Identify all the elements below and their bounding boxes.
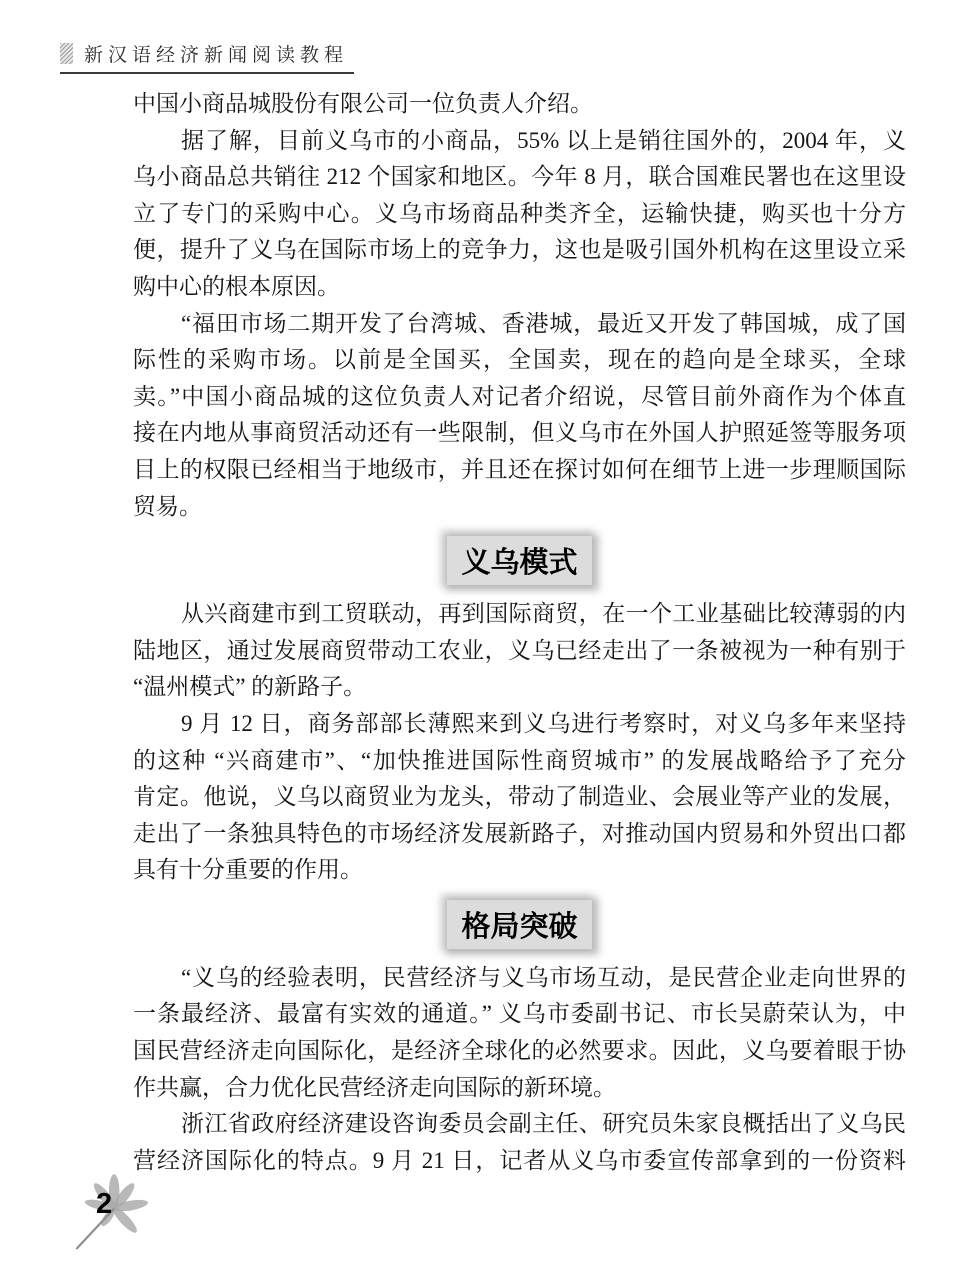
page-footer: 2 bbox=[62, 1168, 154, 1256]
text-line: 的这种 “兴商建市”、“加快推进国际性商贸城市” 的发展战略给予了充分 bbox=[133, 743, 906, 780]
text-line: 购中心的根本原因。 bbox=[133, 269, 906, 306]
book-page: 新汉语经济新闻阅读教程 中国小商品城股份有限公司一位负责人介绍。 据了解，目前义… bbox=[0, 0, 960, 1280]
article-body: 中国小商品城股份有限公司一位负责人介绍。 据了解，目前义乌市的小商品，55% 以… bbox=[133, 86, 906, 1179]
text-line: 立了专门的采购中心。义乌市场商品种类齐全，运输快捷，购买也十分方 bbox=[133, 196, 906, 233]
text-line: 际性的采购市场。以前是全国买，全国卖，现在的趋向是全球买，全球 bbox=[133, 342, 906, 379]
text-line: 贸易。 bbox=[133, 489, 906, 526]
text-line: 一条最经济、最富有实效的通道。” 义乌市委副书记、市长吴蔚荣认为，中 bbox=[133, 996, 906, 1033]
text-line: 具有十分重要的作用。 bbox=[133, 852, 906, 889]
text-line: 9 月 12 日，商务部部长薄熙来到义乌进行考察时，对义乌多年来坚持 bbox=[133, 706, 906, 743]
page-header: 新汉语经济新闻阅读教程 bbox=[60, 40, 354, 74]
text-line: 从兴商建市到工贸联动，再到国际商贸，在一个工业基础比较薄弱的内 bbox=[133, 596, 906, 633]
text-line: 便，提升了义乌在国际市场上的竞争力，这也是吸引国外机构在这里设立采 bbox=[133, 232, 906, 269]
text-line: 接在内地从事商贸活动还有一些限制，但义乌市在外国人护照延签等服务项 bbox=[133, 415, 906, 452]
text-line: 走出了一条独具特色的市场经济发展新路子，对推动国内贸易和外贸出口都 bbox=[133, 816, 906, 853]
section-heading-row: 义乌模式 bbox=[133, 525, 906, 596]
halftone-block-decoration bbox=[60, 43, 73, 64]
section-heading-row: 格局突破 bbox=[133, 889, 906, 960]
text-line: 目上的权限已经相当于地级市，并且还在探讨如何在细节上进一步理顺国际 bbox=[133, 452, 906, 489]
section-heading: 义乌模式 bbox=[447, 536, 591, 585]
text-line: 国民营经济走向国际化，是经济全球化的必然要求。因此，义乌要着眼于协 bbox=[133, 1033, 906, 1070]
text-line: “福田市场二期开发了台湾城、香港城，最近又开发了韩国城，成了国 bbox=[133, 306, 906, 343]
section-heading: 格局突破 bbox=[447, 900, 591, 949]
text-line: 作共赢，合力优化民营经济走向国际的新环境。 bbox=[133, 1070, 906, 1107]
text-line: “温州模式” 的新路子。 bbox=[133, 669, 906, 706]
text-line: 中国小商品城股份有限公司一位负责人介绍。 bbox=[133, 86, 906, 123]
page-number: 2 bbox=[96, 1188, 112, 1221]
text-line: 陆地区，通过发展商贸带动工农业，义乌已经走出了一条被视为一种有别于 bbox=[133, 633, 906, 670]
text-line: 浙江省政府经济建设咨询委员会副主任、研究员朱家良概括出了义乌民 bbox=[133, 1106, 906, 1143]
text-line: 据了解，目前义乌市的小商品，55% 以上是销往国外的，2004 年，义 bbox=[133, 123, 906, 160]
text-line: 乌小商品总共销往 212 个国家和地区。今年 8 月，联合国难民署也在这里设 bbox=[133, 159, 906, 196]
book-title: 新汉语经济新闻阅读教程 bbox=[84, 40, 348, 67]
text-line: 营经济国际化的特点。9 月 21 日，记者从义乌市委宣传部拿到的一份资料 bbox=[133, 1143, 906, 1180]
text-line: 卖。”中国小商品城的这位负责人对记者介绍说，尽管目前外商作为个体直 bbox=[133, 379, 906, 416]
text-line: 肯定。他说，义乌以商贸业为龙头，带动了制造业、会展业等产业的发展， bbox=[133, 779, 906, 816]
text-line: “义乌的经验表明，民营经济与义乌市场互动，是民营企业走向世界的 bbox=[133, 960, 906, 997]
